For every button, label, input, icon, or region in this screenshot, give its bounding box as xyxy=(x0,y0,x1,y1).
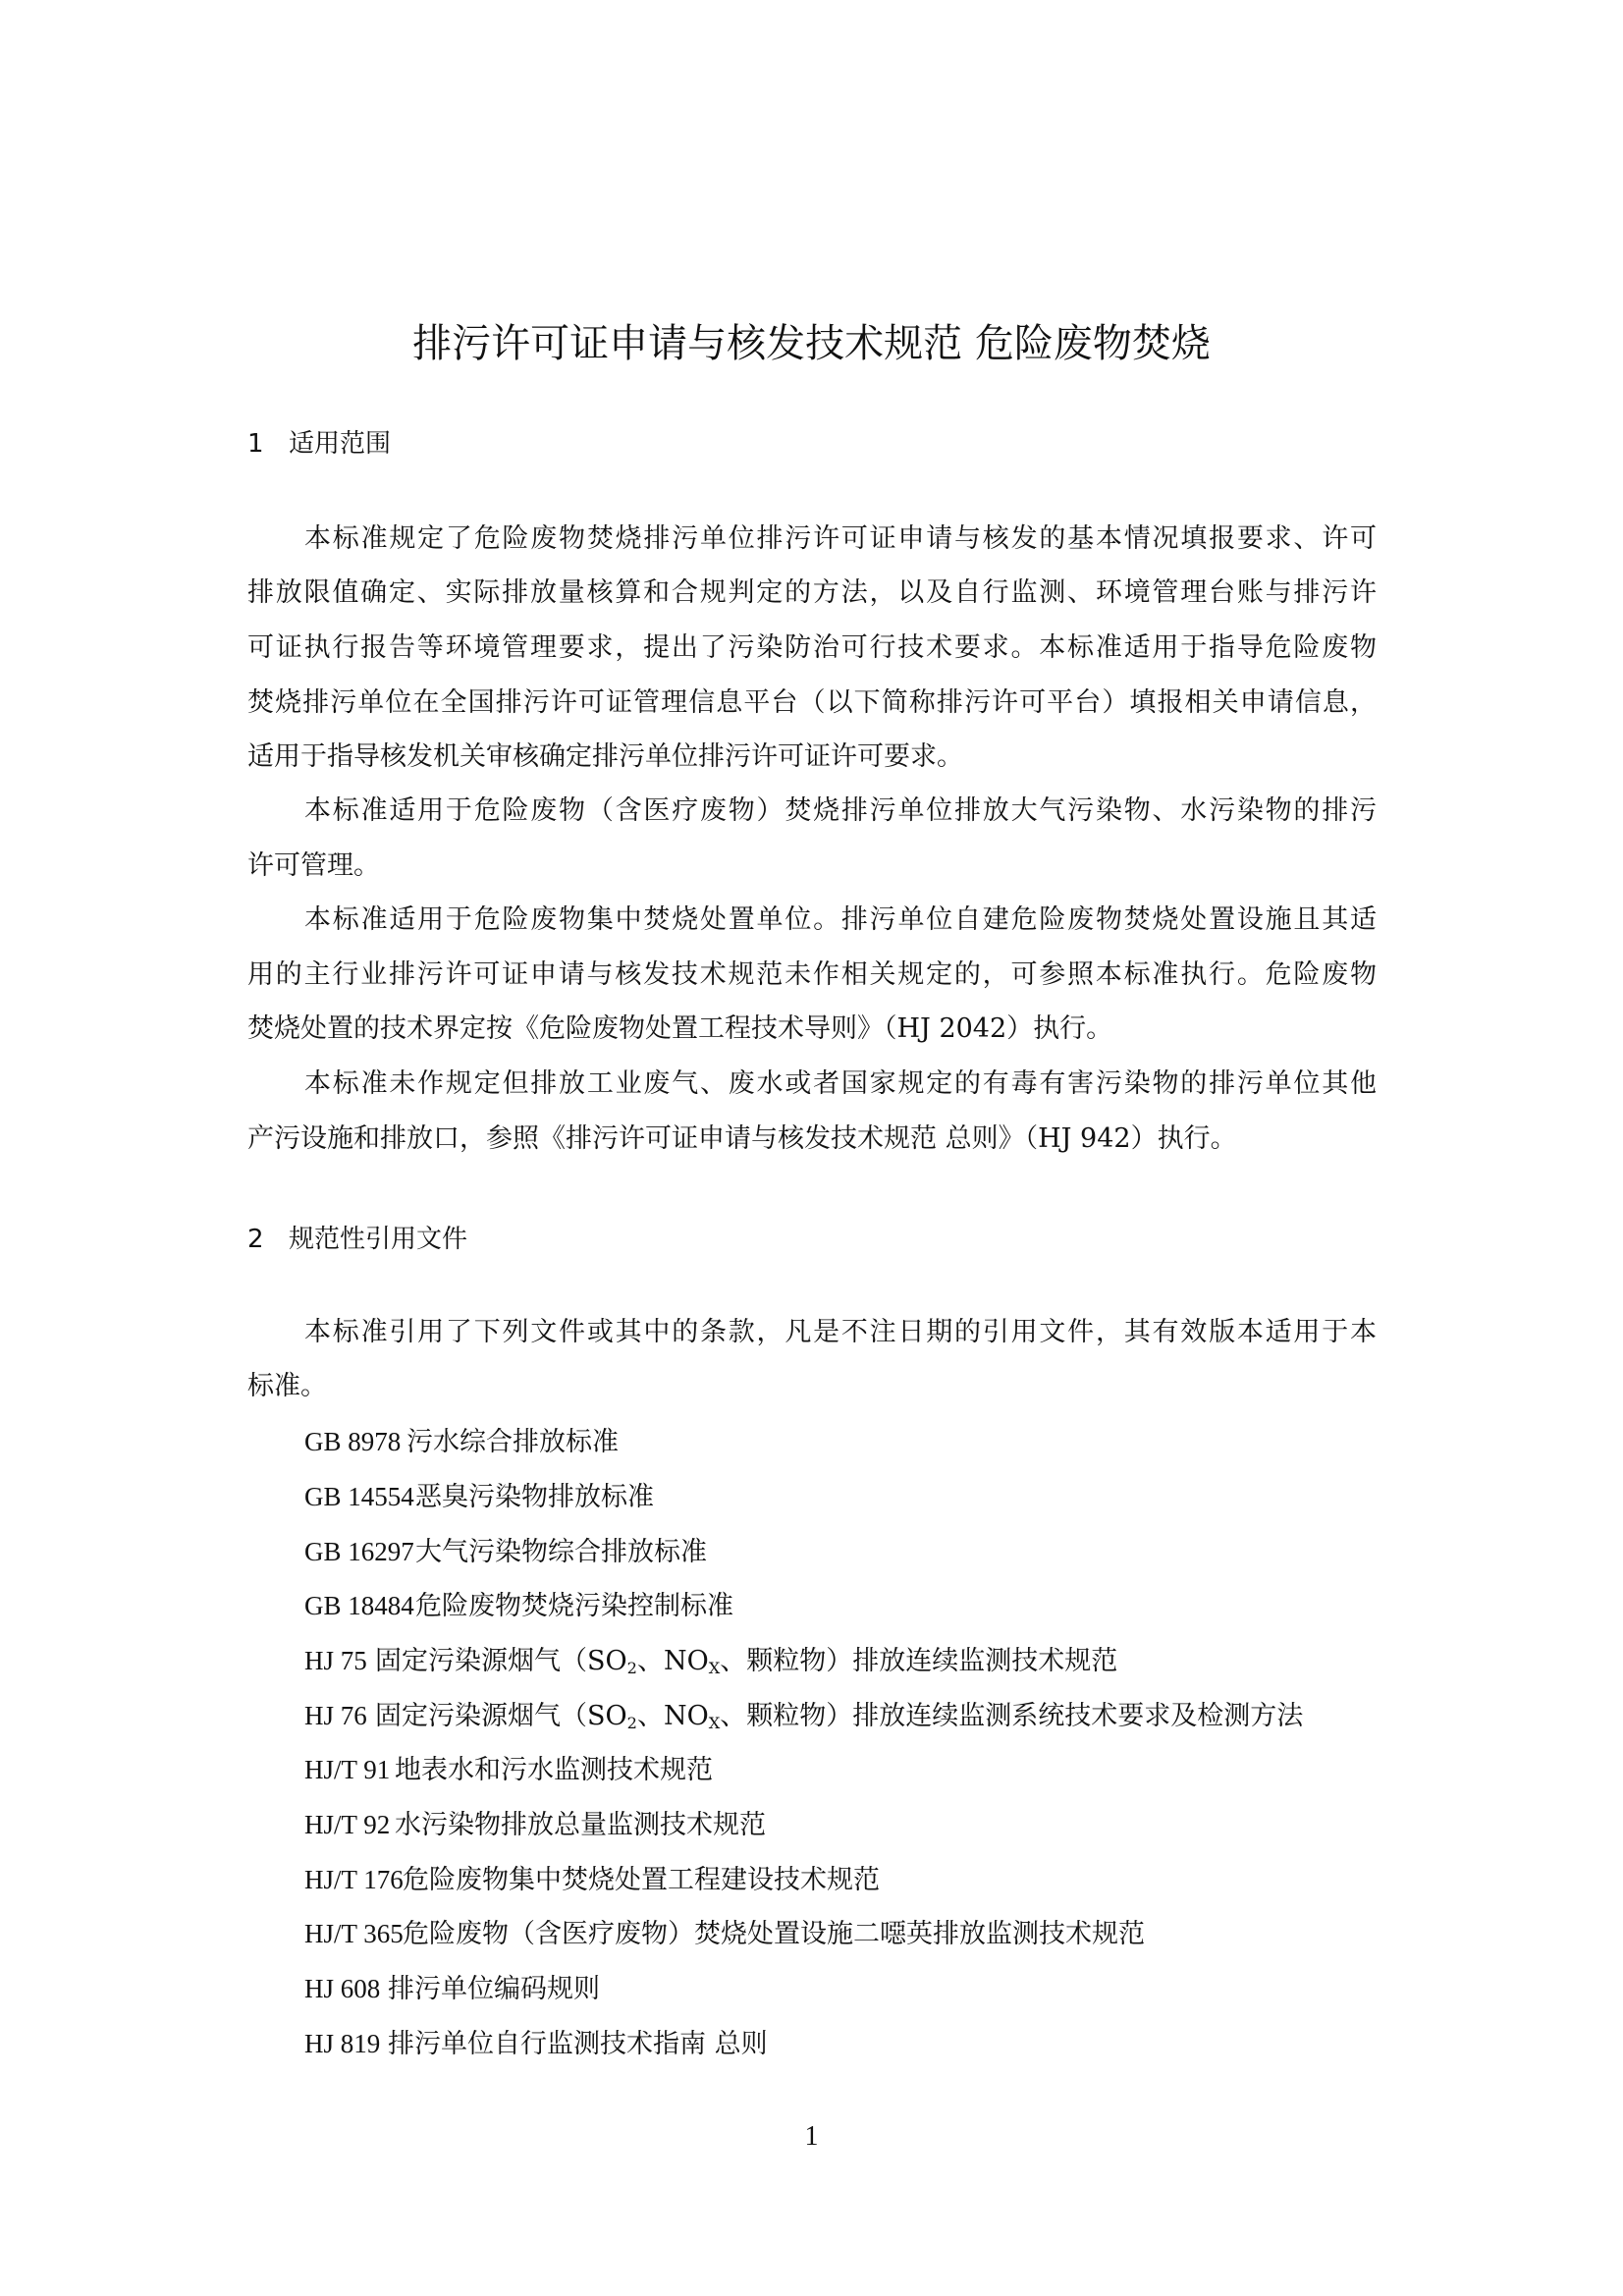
reference-item: HJ/T 92水污染物排放总量监测技术规范 xyxy=(304,1805,766,1845)
page-number: 1 xyxy=(0,2117,1623,2157)
section-number: 1 xyxy=(247,426,289,462)
paragraph-line: 本标准引用了下列文件或其中的条款，凡是不注日期的引用文件，其有效版本适用于本 xyxy=(304,1313,1377,1352)
reference-code: HJ/T 92 xyxy=(304,1805,395,1844)
reference-code: HJ 76 xyxy=(304,1696,375,1735)
reference-title: 固定污染源烟气（SO2、NOX、颗粒物）排放连续监测技术规范 xyxy=(375,1642,1117,1688)
paragraph-line: 本标准未作规定但排放工业废气、废水或者国家规定的有毒有害污染物的排污单位其他 xyxy=(304,1065,1377,1104)
reference-title: 排污单位编码规则 xyxy=(388,1970,600,2009)
section-number: 2 xyxy=(247,1222,289,1257)
reference-item: GB 8978污水综合排放标准 xyxy=(304,1422,619,1462)
paragraph-line: 本标准适用于危险废物集中焚烧处置单位。排污单位自建危险废物焚烧处置设施且其适 xyxy=(304,901,1377,940)
reference-item: GB 16297大气污染物综合排放标准 xyxy=(304,1532,707,1572)
reference-item: HJ 75固定污染源烟气（SO2、NOX、颗粒物）排放连续监测技术规范 xyxy=(304,1641,1117,1688)
reference-item: GB 18484危险废物焚烧污染控制标准 xyxy=(304,1586,733,1626)
reference-code: HJ 608 xyxy=(304,1969,388,2008)
reference-code: GB 8978 xyxy=(304,1422,406,1461)
reference-code: HJ 819 xyxy=(304,2024,388,2063)
reference-title: 固定污染源烟气（SO2、NOX、颗粒物）排放连续监测系统技术要求及检测方法 xyxy=(375,1697,1303,1743)
paragraph-line: 用的主行业排污许可证申请与核发技术规范未作相关规定的，可参照本标准执行。危险废物 xyxy=(247,956,1377,995)
document-page: 排污许可证申请与核发技术规范 危险废物焚烧 1适用范围 本标准规定了危险废物焚烧… xyxy=(0,0,1623,2296)
paragraph-line: 焚烧排污单位在全国排污许可证管理信息平台（以下简称排污许可平台）填报相关申请信息… xyxy=(247,683,1377,723)
reference-code: HJ/T 365 xyxy=(304,1914,403,1953)
reference-item: GB 14554恶臭污染物排放标准 xyxy=(304,1477,654,1517)
section-title: 适用范围 xyxy=(289,429,391,459)
section-title: 规范性引用文件 xyxy=(289,1225,467,1254)
reference-title: 污水综合排放标准 xyxy=(406,1423,619,1462)
reference-code: HJ 75 xyxy=(304,1641,375,1680)
reference-item: HJ/T 365危险废物（含医疗废物）焚烧处置设施二噁英排放监测技术规范 xyxy=(304,1914,1145,1954)
reference-title: 排污单位自行监测技术指南 总则 xyxy=(388,2025,768,2064)
reference-code: HJ/T 91 xyxy=(304,1750,395,1789)
paragraph-line: 焚烧处置的技术界定按《危险废物处置工程技术导则》（HJ 2042）执行。 xyxy=(247,1010,1377,1049)
document-title: 排污许可证申请与核发技术规范 危险废物焚烧 xyxy=(0,316,1623,371)
reference-code: GB 18484 xyxy=(304,1586,415,1625)
section-heading-1: 1适用范围 xyxy=(247,426,391,462)
paragraph-line: 本标准规定了危险废物焚烧排污单位排污许可证申请与核发的基本情况填报要求、许可 xyxy=(304,519,1377,559)
section-heading-2: 2规范性引用文件 xyxy=(247,1222,467,1257)
reference-item: HJ 608排污单位编码规则 xyxy=(304,1969,600,2009)
paragraph-line: 可证执行报告等环境管理要求，提出了污染防治可行技术要求。本标准适用于指导危险废物 xyxy=(247,629,1377,668)
reference-title: 危险废物焚烧污染控制标准 xyxy=(415,1587,733,1626)
reference-title: 危险废物集中焚烧处置工程建设技术规范 xyxy=(403,1861,880,1900)
reference-code: HJ/T 176 xyxy=(304,1860,403,1899)
paragraph-line: 许可管理。 xyxy=(247,847,1377,886)
reference-code: GB 14554 xyxy=(304,1477,415,1516)
paragraph-line: 本标准适用于危险废物（含医疗废物）焚烧排污单位排放大气污染物、水污染物的排污 xyxy=(304,792,1377,831)
reference-title: 恶臭污染物排放标准 xyxy=(415,1478,654,1517)
reference-title: 大气污染物综合排放标准 xyxy=(415,1533,707,1572)
reference-code: GB 16297 xyxy=(304,1532,415,1571)
reference-item: HJ/T 176危险废物集中焚烧处置工程建设技术规范 xyxy=(304,1860,880,1900)
reference-title: 危险废物（含医疗废物）焚烧处置设施二噁英排放监测技术规范 xyxy=(403,1915,1145,1954)
reference-title: 地表水和污水监测技术规范 xyxy=(395,1751,713,1790)
paragraph-line: 产污设施和排放口，参照《排污许可证申请与核发技术规范 总则》（HJ 942）执行… xyxy=(247,1120,1377,1159)
paragraph-line: 标准。 xyxy=(247,1367,1377,1406)
reference-item: HJ/T 91地表水和污水监测技术规范 xyxy=(304,1750,713,1790)
paragraph-line: 适用于指导核发机关审核确定排污单位排污许可证许可要求。 xyxy=(247,738,1377,777)
reference-item: HJ 819排污单位自行监测技术指南 总则 xyxy=(304,2024,768,2064)
reference-item: HJ 76固定污染源烟气（SO2、NOX、颗粒物）排放连续监测系统技术要求及检测… xyxy=(304,1696,1303,1743)
paragraph-line: 排放限值确定、实际排放量核算和合规判定的方法，以及自行监测、环境管理台账与排污许 xyxy=(247,574,1377,613)
reference-title: 水污染物排放总量监测技术规范 xyxy=(395,1806,766,1845)
